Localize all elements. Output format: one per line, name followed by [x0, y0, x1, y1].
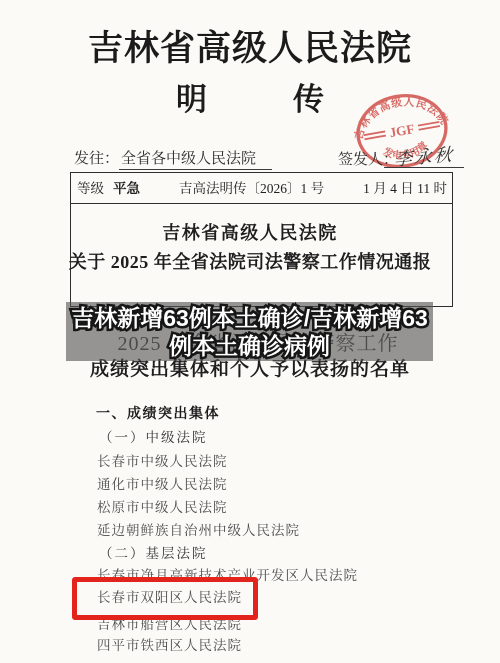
court-list-item: 四平市铁西区人民法院 [97, 634, 242, 654]
issuer-label: 签发人： [338, 148, 398, 169]
notice-title-line1: 吉林省高级人民法院 [0, 219, 500, 245]
meta-header-row: 等级平急 吉高法明传〔2026〕1 号 1 月 4 日 11 时 [71, 173, 452, 204]
news-caption-overlay: 吉林新增63例本土确诊/吉林新增63 吉林新增63例本土确诊/吉林新增63 例本… [66, 302, 433, 361]
doc-type-char-chuan: 传 [293, 74, 324, 119]
doc-number: 吉高法明传〔2026〕1 号 [179, 177, 324, 197]
court-list-item: 延边朝鲜族自治州中级人民法院 [97, 519, 300, 539]
news-caption-line2: 例本土确诊病例 例本土确诊病例 [66, 332, 433, 360]
court-list-item: 通化市中级人民法院 [97, 473, 228, 493]
doc-type-char-ming: 明 [176, 74, 207, 119]
grade-label: 等级 [77, 181, 104, 196]
grade-field: 等级平急 [77, 177, 140, 197]
send-to-value: 全省各中级人民法院 [119, 151, 272, 170]
send-to-row: 发往：全省各中级人民法院 [74, 147, 272, 168]
court-letterhead-title: 吉林省高级人民法院 [0, 21, 500, 71]
red-highlight-box [72, 577, 258, 620]
grade-value: 平急 [113, 181, 140, 196]
court-list-item: 长春市中级人民法院 [97, 450, 228, 470]
send-to-label: 发往： [74, 151, 119, 167]
document-page: 吉林省高级人民法院 明 传 吉林省高级人民法院 JGF 发电专用章 发往：全省各… [0, 0, 500, 663]
seal-center-text: JGF [388, 121, 415, 140]
subsection-basic-courts: （二）基层法院 [99, 542, 208, 562]
notice-title-line2: 关于 2025 年全省法院司法警察工作情况通报 [0, 248, 500, 274]
issuer-signature-underline [384, 167, 464, 168]
news-caption-line1-text: 吉林新增63例本土确诊/吉林新增63 [71, 304, 428, 332]
doc-datetime: 1 月 4 日 11 时 [363, 177, 447, 197]
subsection-intermediate-courts: （一）中级法院 [99, 426, 208, 446]
section-heading-outstanding-groups: 一、成绩突出集体 [96, 403, 220, 423]
news-caption-line1: 吉林新增63例本土确诊/吉林新增63 吉林新增63例本土确诊/吉林新增63 [66, 304, 433, 332]
news-caption-line2-text: 例本土确诊病例 [169, 332, 330, 360]
court-list-item: 松原市中级人民法院 [97, 496, 228, 516]
